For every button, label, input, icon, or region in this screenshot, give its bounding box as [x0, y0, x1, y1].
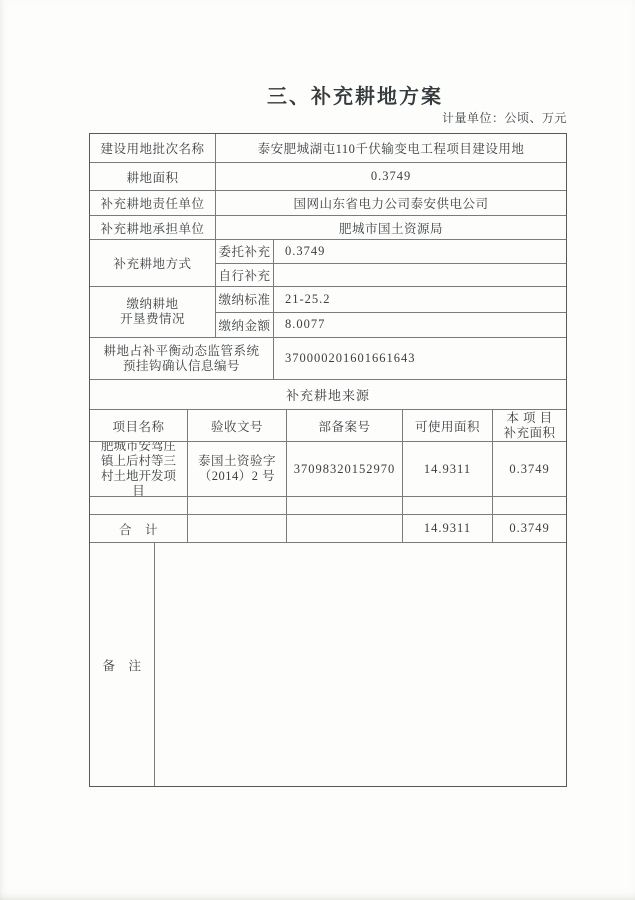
header-usable-area: 可使用面积 [402, 410, 492, 441]
cell-project-supplement: 0.3749 [492, 442, 566, 496]
entrusted-value: 0.3749 [273, 240, 566, 263]
cell-ministry-record: 37098320152970 [286, 442, 402, 496]
supplement-method-subtable: 委托补充 0.3749 自行补充 [215, 240, 566, 286]
self-supplement-value [273, 264, 566, 287]
fee-amount-subrow: 缴纳金额 8.0077 [215, 312, 566, 338]
project-name-text: 肥城市安驾庄镇上后村等三村土地开发项目 [90, 442, 187, 496]
row-reclamation-fee: 缴纳耕地 开垦费情况 缴纳标准 21-25.2 缴纳金额 8.0077 [90, 286, 566, 337]
empty-cell-usable-area [402, 497, 492, 514]
total-project-supplement: 0.3749 [492, 515, 566, 542]
fee-amount-value: 8.0077 [273, 313, 566, 338]
cultivated-area-label: 耕地面积 [90, 163, 215, 190]
row-monitor-code: 耕地占补平衡动态监管系统 预挂钩确认信息编号 37000020160166164… [90, 337, 566, 379]
header-ministry-record: 部备案号 [286, 410, 402, 441]
source-empty-row [90, 496, 566, 514]
supplement-method-label: 补充耕地方式 [90, 240, 215, 286]
reclamation-fee-label-line1: 缴纳耕地 [126, 297, 178, 312]
row-batch-name: 建设用地批次名称 泰安肥城湖屯110千伏输变电工程项目建设用地 [90, 134, 566, 162]
row-source-section-title: 补充耕地来源 [90, 379, 566, 409]
undertaking-unit-label: 补充耕地承担单位 [90, 216, 215, 239]
acceptance-doc-line1: 泰国土资验字 [198, 454, 276, 469]
monitor-code-value: 370000201601661643 [273, 338, 566, 379]
undertaking-unit-value: 肥城市国土资源局 [215, 216, 566, 239]
reclamation-fee-label-line2: 开垦费情况 [120, 312, 185, 327]
reclamation-fee-subtable: 缴纳标准 21-25.2 缴纳金额 8.0077 [215, 287, 566, 337]
total-usable-area: 14.9311 [402, 515, 492, 542]
fee-standard-value: 21-25.2 [273, 287, 566, 312]
source-section-title: 补充耕地来源 [90, 380, 566, 409]
entrusted-label: 委托补充 [215, 240, 273, 263]
empty-cell-acceptance-doc [187, 497, 286, 514]
empty-cell-project-name [90, 497, 187, 514]
scanned-document-page: 三、补充耕地方案 计量单位：公顷、万元 建设用地批次名称 泰安肥城湖屯110千伏… [0, 0, 635, 900]
header-project-supplement-line2: 补充面积 [503, 426, 555, 441]
acceptance-doc-line2: （2014）2 号 [199, 469, 275, 484]
row-cultivated-area: 耕地面积 0.3749 [90, 162, 566, 190]
document-title: 三、补充耕地方案 [90, 80, 620, 109]
cell-usable-area: 14.9311 [402, 442, 492, 496]
row-responsible-unit: 补充耕地责任单位 国网山东省电力公司泰安供电公司 [90, 190, 566, 215]
responsible-unit-label: 补充耕地责任单位 [90, 191, 215, 215]
cell-project-name: 肥城市安驾庄镇上后村等三村土地开发项目 [90, 442, 187, 496]
header-acceptance-doc: 验收文号 [187, 410, 286, 441]
remarks-value [154, 543, 566, 786]
header-project-supplement-line1: 本 项 目 [506, 411, 552, 426]
self-supplement-subrow: 自行补充 [215, 263, 566, 287]
remarks-label: 备 注 [90, 543, 154, 786]
header-project-name: 项目名称 [90, 410, 187, 441]
remarks-row: 备 注 [90, 542, 566, 786]
total-ministry-record [286, 515, 402, 542]
batch-name-label: 建设用地批次名称 [90, 134, 215, 162]
entrusted-subrow: 委托补充 0.3749 [215, 240, 566, 263]
supplement-plan-table: 建设用地批次名称 泰安肥城湖屯110千伏输变电工程项目建设用地 耕地面积 0.3… [89, 133, 567, 787]
total-label: 合 计 [90, 515, 187, 542]
row-source-headers: 项目名称 验收文号 部备案号 可使用面积 本 项 目 补充面积 [90, 409, 566, 441]
measurement-unit-note: 计量单位：公顷、万元 [89, 109, 567, 126]
fee-standard-label: 缴纳标准 [215, 287, 273, 312]
batch-name-value: 泰安肥城湖屯110千伏输变电工程项目建设用地 [215, 134, 566, 162]
monitor-code-label-line1: 耕地占补平衡动态监管系统 [103, 344, 259, 359]
source-data-row: 肥城市安驾庄镇上后村等三村土地开发项目 泰国土资验字 （2014）2 号 370… [90, 441, 566, 496]
responsible-unit-value: 国网山东省电力公司泰安供电公司 [215, 191, 566, 215]
fee-amount-label: 缴纳金额 [215, 313, 273, 338]
fee-standard-subrow: 缴纳标准 21-25.2 [215, 287, 566, 312]
row-supplement-method: 补充耕地方式 委托补充 0.3749 自行补充 [90, 239, 566, 286]
total-acceptance-doc [187, 515, 286, 542]
cultivated-area-value: 0.3749 [215, 163, 566, 190]
row-undertaking-unit: 补充耕地承担单位 肥城市国土资源局 [90, 215, 566, 239]
reclamation-fee-label: 缴纳耕地 开垦费情况 [90, 287, 215, 337]
cell-acceptance-doc: 泰国土资验字 （2014）2 号 [187, 442, 286, 496]
monitor-code-label-line2: 预挂钩确认信息编号 [123, 359, 240, 374]
total-row: 合 计 14.9311 0.3749 [90, 514, 566, 542]
self-supplement-label: 自行补充 [215, 264, 273, 287]
monitor-code-label: 耕地占补平衡动态监管系统 预挂钩确认信息编号 [90, 338, 273, 379]
header-project-supplement: 本 项 目 补充面积 [492, 410, 566, 441]
empty-cell-project-supplement [492, 497, 566, 514]
empty-cell-ministry-record [286, 497, 402, 514]
